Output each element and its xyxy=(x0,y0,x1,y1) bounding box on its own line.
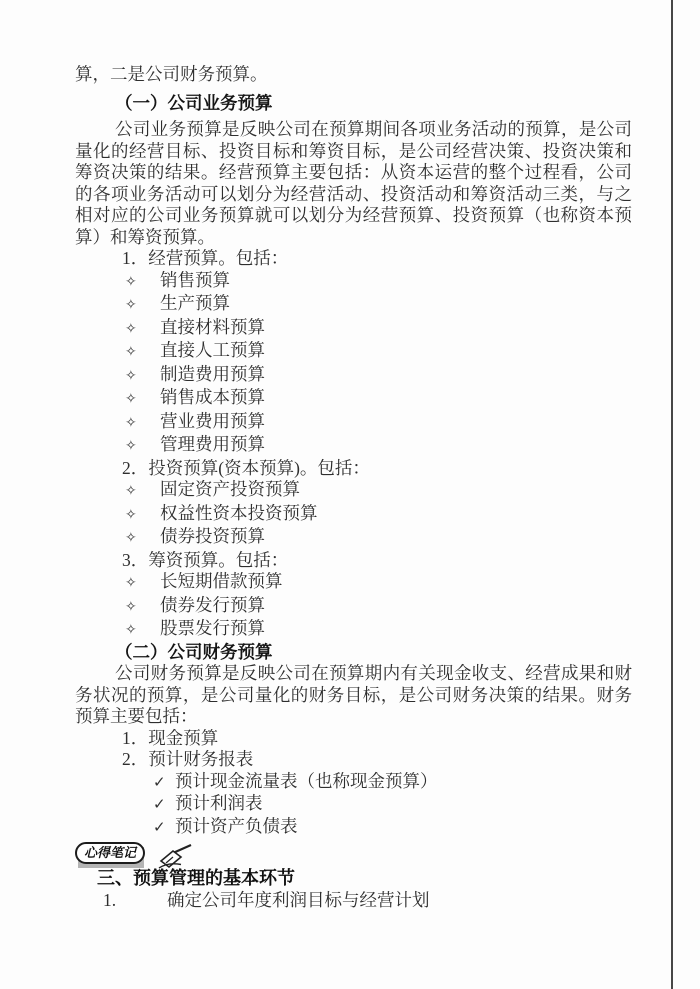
section-business-paragraph: 公司业务预算是反映公司在预算期间各项业务活动的预算，是公司量化的经营目标、投资目… xyxy=(75,119,632,248)
investment-budget-list: ✧固定资产投资预算 ✧权益性资本投资预算 ✧债券投资预算 xyxy=(125,479,632,550)
list-item: ✓预计利润表 xyxy=(153,793,632,816)
list-item-label: 预计利润表 xyxy=(175,793,263,813)
financing-budget-list: ✧长短期借款预算 ✧债券发行预算 ✧股票发行预算 xyxy=(125,571,632,642)
list-item: ✓预计资产负债表 xyxy=(153,816,632,839)
list-item: ✧股票发行预算 xyxy=(125,618,632,642)
list-item: ✧权益性资本投资预算 xyxy=(125,503,632,527)
list-item-label: 管理费用预算 xyxy=(160,434,265,454)
note-badge-label: 心得笔记 xyxy=(84,845,136,860)
page-content: 算，二是公司财务预算。 （一）公司业务预算 公司业务预算是反映公司在预算期间各项… xyxy=(75,64,632,911)
diamond-bullet-icon: ✧ xyxy=(125,389,160,411)
list-item: ✧营业费用预算 xyxy=(125,411,632,435)
document-page: 算，二是公司财务预算。 （一）公司业务预算 公司业务预算是反映公司在预算期间各项… xyxy=(0,0,700,989)
diamond-bullet-icon: ✧ xyxy=(125,342,160,364)
list-item-label: 直接人工预算 xyxy=(160,340,265,360)
note-badge-pill: 心得笔记 xyxy=(75,842,145,864)
diamond-bullet-icon: ✧ xyxy=(125,319,160,341)
group-operating-label: 1．经营预算。包括： xyxy=(122,248,632,270)
diamond-bullet-icon: ✧ xyxy=(125,481,160,503)
list-item: ✧债券发行预算 xyxy=(125,595,632,619)
diamond-bullet-icon: ✧ xyxy=(125,573,160,595)
finance-item-statements-label: 2．预计财务报表 xyxy=(122,749,632,771)
diamond-bullet-icon: ✧ xyxy=(125,597,160,619)
note-badge: 心得笔记 xyxy=(75,842,147,868)
check-icon: ✓ xyxy=(153,794,175,816)
list-item-label: 预计资产负债表 xyxy=(175,816,298,836)
list-item: ✧长短期借款预算 xyxy=(125,571,632,595)
list-item: ✧销售成本预算 xyxy=(125,387,632,411)
diamond-bullet-icon: ✧ xyxy=(125,528,160,550)
diamond-bullet-icon: ✧ xyxy=(125,620,160,642)
list-item-label: 债券发行预算 xyxy=(160,595,265,615)
section-business-heading: （一）公司业务预算 xyxy=(115,93,632,115)
list-item-label: 销售成本预算 xyxy=(160,387,265,407)
section-process-heading: 三、预算管理的基本环节 xyxy=(97,868,632,890)
check-icon: ✓ xyxy=(153,817,175,839)
diamond-bullet-icon: ✧ xyxy=(125,413,160,435)
list-item: ✧销售预算 xyxy=(125,270,632,294)
list-item: ✧生产预算 xyxy=(125,293,632,317)
list-item-label: 销售预算 xyxy=(160,270,230,290)
check-icon: ✓ xyxy=(153,772,175,794)
list-item-label: 债券投资预算 xyxy=(160,526,265,546)
list-item-label: 制造费用预算 xyxy=(160,364,265,384)
process-item: 1.确定公司年度利润目标与经营计划 xyxy=(103,890,632,912)
process-item-text: 确定公司年度利润目标与经营计划 xyxy=(167,890,430,910)
list-item-label: 权益性资本投资预算 xyxy=(160,503,318,523)
diamond-bullet-icon: ✧ xyxy=(125,272,160,294)
diamond-bullet-icon: ✧ xyxy=(125,295,160,317)
statements-list: ✓预计现金流量表（也称现金预算） ✓预计利润表 ✓预计资产负债表 xyxy=(153,771,632,839)
group-financing-label: 3．筹资预算。包括： xyxy=(122,550,632,572)
list-item: ✧直接材料预算 xyxy=(125,317,632,341)
list-item: ✧管理费用预算 xyxy=(125,434,632,458)
right-margin-line xyxy=(671,0,673,989)
group-investment-label: 2．投资预算(资本预算)。包括： xyxy=(122,458,632,480)
list-item: ✧直接人工预算 xyxy=(125,340,632,364)
finance-item-cash-label: 1．现金预算 xyxy=(122,728,632,750)
pen-icon xyxy=(157,843,193,869)
intro-line: 算，二是公司财务预算。 xyxy=(75,64,632,86)
list-item-label: 固定资产投资预算 xyxy=(160,479,300,499)
list-item-label: 股票发行预算 xyxy=(160,618,265,638)
diamond-bullet-icon: ✧ xyxy=(125,436,160,458)
list-item: ✓预计现金流量表（也称现金预算） xyxy=(153,771,632,794)
diamond-bullet-icon: ✧ xyxy=(125,366,160,388)
section-finance-paragraph: 公司财务预算是反映公司在预算期内有关现金收支、经营成果和财务状况的预算，是公司量… xyxy=(75,663,632,728)
note-badge-row: 心得笔记 xyxy=(75,842,632,868)
operating-budget-list: ✧销售预算 ✧生产预算 ✧直接材料预算 ✧直接人工预算 ✧制造费用预算 ✧销售成… xyxy=(125,270,632,458)
list-item-label: 长短期借款预算 xyxy=(160,571,283,591)
list-item: ✧债券投资预算 xyxy=(125,526,632,550)
list-item-label: 预计现金流量表（也称现金预算） xyxy=(175,771,438,791)
diamond-bullet-icon: ✧ xyxy=(125,505,160,527)
section-finance-heading: （二）公司财务预算 xyxy=(115,642,632,664)
list-item-label: 直接材料预算 xyxy=(160,317,265,337)
list-item-label: 生产预算 xyxy=(160,293,230,313)
process-item-number: 1. xyxy=(103,890,167,912)
list-item: ✧制造费用预算 xyxy=(125,364,632,388)
list-item-label: 营业费用预算 xyxy=(160,411,265,431)
list-item: ✧固定资产投资预算 xyxy=(125,479,632,503)
